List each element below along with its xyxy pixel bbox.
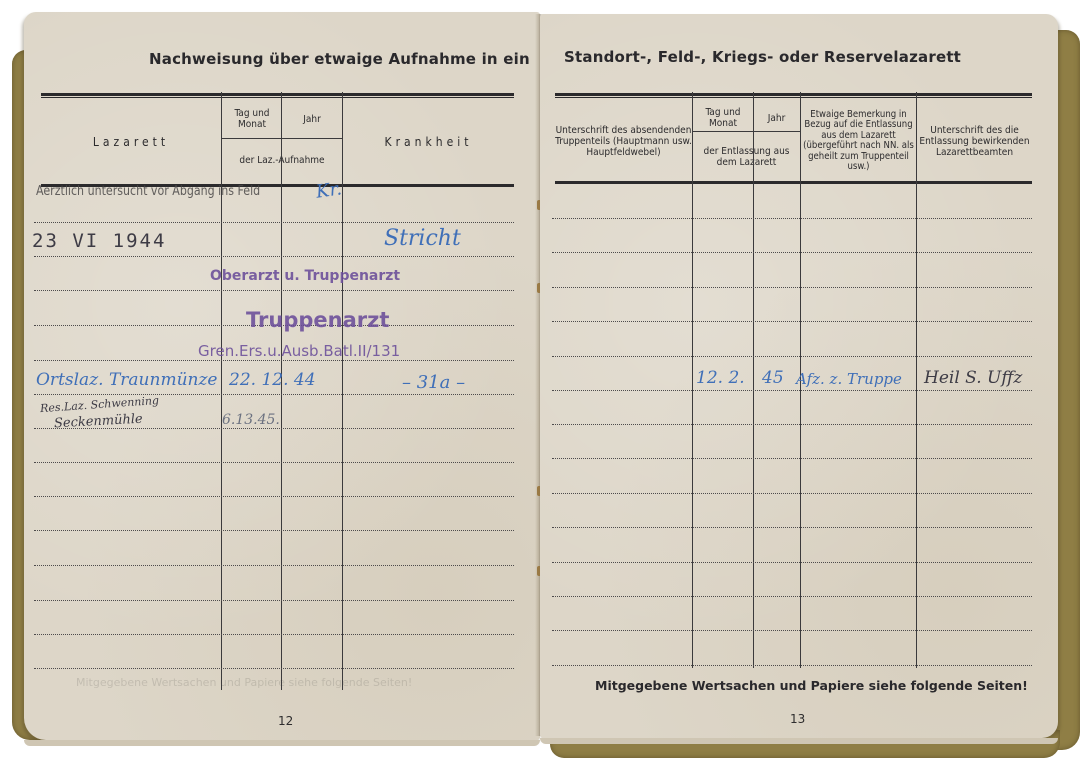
column-header-unterschrift-truppenteil: Unterschrift des absendenden Truppenteil… (555, 100, 692, 182)
krankheit-code: – 31a – (402, 372, 465, 393)
dotted-row (552, 665, 1032, 666)
page-edge (24, 740, 540, 746)
dotted-row (34, 256, 514, 257)
left-page-title: Nachweisung über etwaige Aufnahme in ein (149, 50, 530, 68)
dotted-row (552, 252, 1032, 253)
show-through-text: Mitgegebene Wertsachen und Papiere siehe… (76, 676, 412, 689)
dotted-row (552, 596, 1032, 597)
dotted-row (552, 562, 1032, 563)
dotted-row (552, 287, 1032, 288)
dotted-row (34, 394, 514, 395)
column-header-laz-aufnahme: der Laz.-Aufnahme (222, 140, 342, 180)
dotted-row (34, 530, 514, 531)
discharge-remark: Afz. z. Truppe (796, 370, 902, 388)
dotted-row (34, 360, 514, 361)
left-page: Nachweisung über etwaige Aufnahme in ein… (24, 12, 540, 740)
page-number: 12 (278, 714, 293, 728)
footer-note: Mitgegebene Wertsachen und Papiere siehe… (595, 678, 1028, 693)
page-number: 13 (790, 712, 805, 726)
column-header-entlassung: der Entlassung aus dem Lazarett (693, 134, 800, 180)
dotted-row (552, 424, 1032, 425)
right-page-title: Standort-, Feld-, Kriegs- oder Reservela… (564, 48, 961, 66)
dotted-row (552, 218, 1032, 219)
dotted-row (34, 462, 514, 463)
dotted-row (552, 630, 1032, 631)
dotted-row (552, 458, 1032, 459)
header-divider (222, 138, 342, 139)
header-top-rule (555, 93, 1032, 98)
stamp-oberarzt: Oberarzt u. Truppenarzt (210, 268, 400, 284)
dotted-row (34, 565, 514, 566)
discharge-year: 45 (762, 368, 784, 388)
doctor-signature: Stricht (384, 226, 461, 251)
column-header-lazarett: Lazarett (41, 100, 221, 184)
column-divider (916, 92, 917, 668)
dotted-row (552, 321, 1032, 322)
column-header-tag-und-monat: Tag und Monat (222, 100, 282, 138)
stamp-truppenarzt: Truppenarzt (246, 308, 389, 332)
lazarett-official-signature: Heil S. Uffz (924, 368, 1022, 388)
medical-exam-stamp: Aerztlich untersucht vor Abgang ins Feld (36, 184, 260, 199)
column-header-krankheit: Krankheit (343, 100, 514, 184)
dotted-row (552, 527, 1032, 528)
header-top-rule (41, 93, 514, 98)
header-bottom-rule (555, 181, 1032, 184)
admission-date-2: 6.13.45. (222, 412, 280, 428)
dotted-row (34, 668, 514, 669)
column-header-unterschrift-lazarett: Unterschrift des die Entlassung bewirken… (917, 100, 1032, 182)
handwritten-initials: Kr. (315, 178, 343, 202)
admission-date: 22. 12. 44 (229, 370, 316, 390)
column-header-bemerkung: Etwaige Bemerkung in Bezug auf die Entla… (801, 98, 916, 184)
page-edge (540, 738, 1058, 744)
dotted-row (552, 493, 1032, 494)
header-divider (693, 131, 800, 132)
stamp-battalion: Gren.Ers.u.Ausb.Batl.II/131 (198, 342, 400, 360)
lazarett-entry-1: Ortslaz. Traunmünze (36, 370, 218, 390)
dotted-row (552, 390, 1032, 391)
dotted-row (552, 356, 1032, 357)
right-page: Standort-, Feld-, Kriegs- oder Reservela… (540, 14, 1058, 738)
dotted-row (34, 634, 514, 635)
column-divider (753, 92, 754, 668)
column-header-jahr: Jahr (282, 100, 342, 138)
dotted-row (34, 600, 514, 601)
dotted-row (34, 290, 514, 291)
dotted-row (34, 496, 514, 497)
exam-date: 23 VI 1944 (32, 230, 166, 252)
column-divider (692, 92, 693, 668)
dotted-row (34, 222, 514, 223)
discharge-day-month: 12. 2. (696, 368, 745, 388)
